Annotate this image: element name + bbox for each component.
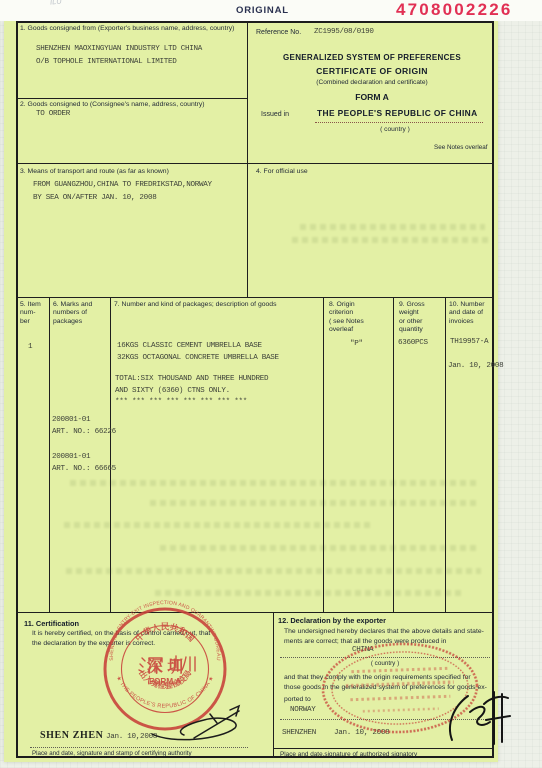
reference-value: ZC1995/08/0190 <box>314 28 374 36</box>
origin-criterion: "P" <box>350 340 363 348</box>
issued-in-label: Issued in <box>261 111 289 119</box>
box4-label: 4. For official use <box>256 168 308 176</box>
combined-subtitle: (Combined declaration and certificate) <box>250 79 494 87</box>
box11-title: 11. Certification <box>24 619 79 628</box>
divider-box2-box3 <box>16 163 494 164</box>
bleed-through <box>70 480 480 486</box>
table-bottom-border <box>16 612 494 613</box>
bleed-through <box>150 500 480 506</box>
exported-to-country: NORWAY <box>290 706 316 714</box>
original-label: ORIGINAL <box>236 5 289 16</box>
decl-caption: Place and date,signature of authorized s… <box>280 751 417 759</box>
bleed-through <box>66 568 481 574</box>
certificate-of-origin-scan: ILU ORIGINAL 4708002226 1. Goods consign… <box>0 0 542 768</box>
goods-desc-1: 16KGS CLASSIC CEMENT UMBRELLA BASE <box>117 342 262 350</box>
gsp-title: GENERALIZED SYSTEM OF PREFERENCES <box>250 53 494 62</box>
serial-number: 4708002226 <box>396 0 513 20</box>
col7-header: 7. Number and kind of packages; descript… <box>114 301 319 309</box>
goods-desc-3: TOTAL:SIX THOUSAND AND THREE HUNDRED <box>115 375 268 383</box>
stamp-form-a-text: FORM A <box>149 677 181 686</box>
invoice-date: Jan. 10, 2008 <box>448 362 503 370</box>
country-caption: ( country ) <box>340 126 450 134</box>
exporter-name: SHENZHEN MAOXINGYUAN INDUSTRY LTD CHINA <box>36 45 202 53</box>
divider-box1-box2 <box>16 98 247 99</box>
item-number: 1 <box>28 343 32 351</box>
marks-2: ART. NO.: 66226 <box>52 428 116 436</box>
issued-in-country: THE PEOPLE'S REPUBLIC OF CHINA <box>317 108 478 118</box>
goods-desc-5: *** *** *** *** *** *** *** *** <box>115 398 247 406</box>
cert-caption: Place and date, signature and stamp of c… <box>32 750 192 758</box>
col10-header: 10. Number and date of invoices <box>449 301 494 326</box>
consignee-value: TO ORDER <box>36 110 70 118</box>
exporter-obo: O/B TOPHOLE INTERNATIONAL LIMITED <box>36 58 176 66</box>
stamp-inner-arc-top-cn: 中华人民共和国 <box>133 622 197 644</box>
reference-label: Reference No. <box>256 29 301 37</box>
bleed-through <box>300 224 485 230</box>
issued-in-dotted-line <box>315 122 483 123</box>
bleed-through <box>292 237 488 243</box>
table-col-line-2 <box>110 297 111 612</box>
invoice-number: TH19957-A <box>450 338 488 346</box>
bleed-through <box>64 522 374 528</box>
table-col-line-1 <box>49 297 50 612</box>
transport-line1: FROM GUANGZHOU,CHINA TO FREDRIKSTAD,NORW… <box>33 181 212 189</box>
decl-body-1: The undersigned hereby declares that the… <box>284 628 494 636</box>
goods-desc-4: AND SIXTY (6360) CTNS ONLY. <box>115 387 230 395</box>
goods-desc-2: 32KGS OCTAGONAL CONCRETE UMBRELLA BASE <box>117 354 279 362</box>
col8-header: 8. Origin criterion ( see Notes overleaf <box>329 301 391 335</box>
exporter-signature <box>436 684 514 752</box>
transport-line2: BY SEA ON/AFTER JAN. 10, 2008 <box>33 194 156 202</box>
certifying-signature <box>142 702 252 748</box>
bleed-through <box>160 545 480 551</box>
marks-3: 200801-01 <box>52 453 90 461</box>
box3-label: 3. Means of transport and route (as far … <box>20 168 240 176</box>
see-notes-overleaf: See Notes overleaf <box>434 144 488 152</box>
box2-label: 2. Goods consigned to (Consignee's name,… <box>20 101 240 109</box>
table-col-line-4 <box>393 297 394 612</box>
table-top-border <box>16 297 494 298</box>
form-a-label: FORM A <box>250 92 494 102</box>
divider-box11-box12 <box>273 612 274 758</box>
stamp-center-cn: 深 圳 <box>147 658 183 676</box>
cert-place: SHEN ZHEN <box>40 730 103 741</box>
svg-text:中华人民共和国: 中华人民共和国 <box>133 622 197 644</box>
certificate-title: CERTIFICATE OF ORIGIN <box>250 66 494 76</box>
marks-1: 200801-01 <box>52 416 90 424</box>
divider-top-vertical <box>247 21 248 297</box>
col6-header: 6. Marks and numbers of packages <box>53 301 109 326</box>
gross-quantity: 6360PCS <box>398 339 428 347</box>
bleed-through <box>155 590 465 596</box>
box1-label: 1. Goods consigned from (Exporter's busi… <box>20 25 240 33</box>
col5-header: 5. Item num- ber <box>20 301 47 326</box>
table-col-line-5 <box>445 297 446 612</box>
table-col-line-3 <box>323 297 324 612</box>
box12-title: 12. Declaration by the exporter <box>278 616 386 625</box>
col9-header: 9. Gross weight or other quantity <box>399 301 443 335</box>
marks-4: ART. NO.: 66665 <box>52 465 116 473</box>
decl-place: SHENZHEN <box>282 729 316 737</box>
